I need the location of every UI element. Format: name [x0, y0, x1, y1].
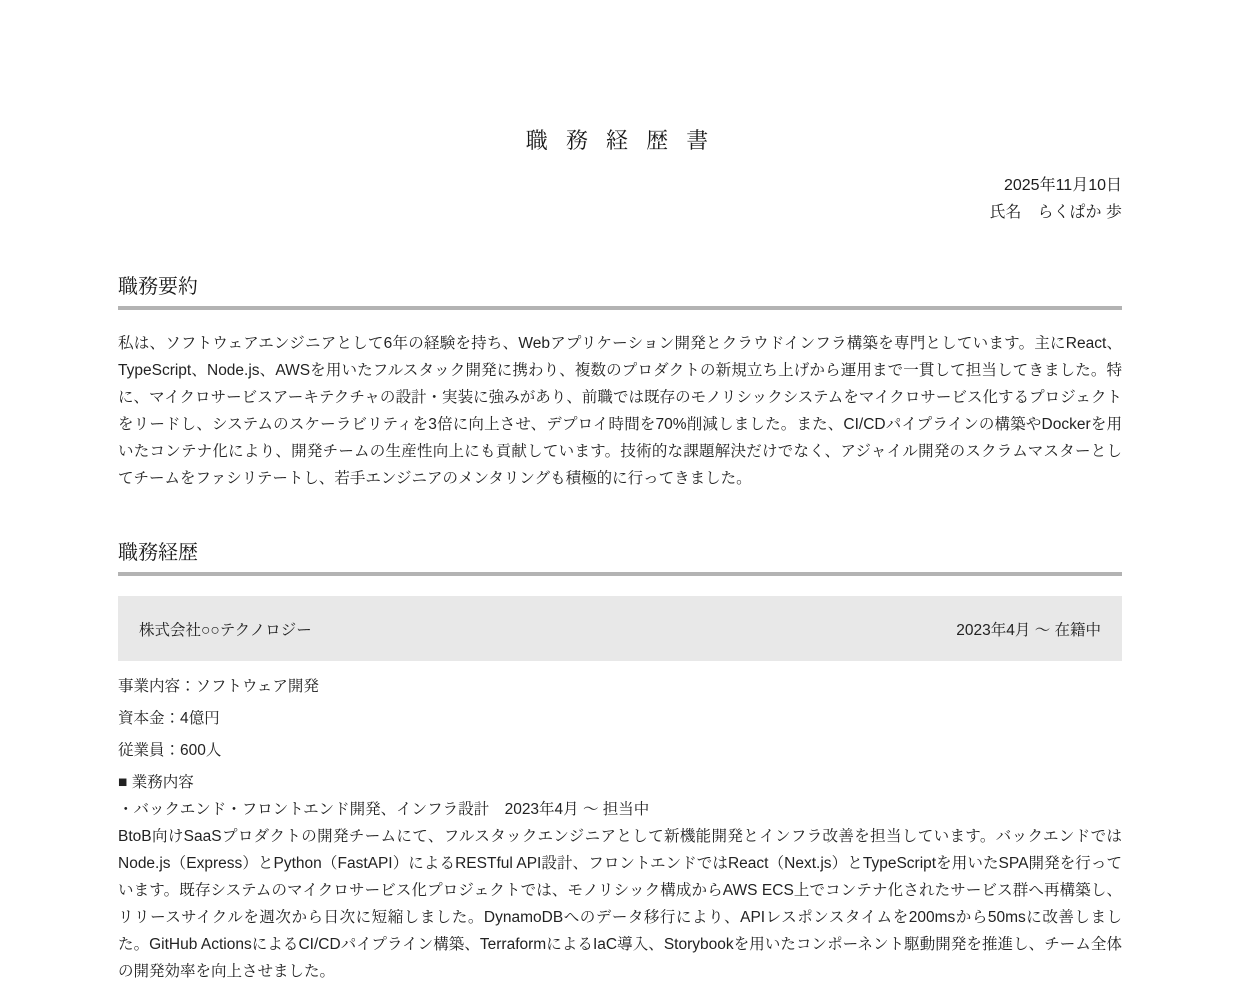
company-period: 2023年4月 〜 在籍中 [956, 618, 1101, 640]
company-business: 事業内容：ソフトウェア開発 [118, 673, 1122, 700]
company-header-row: 株式会社○○テクノロジー 2023年4月 〜 在籍中 [118, 596, 1122, 661]
company-fields: 事業内容：ソフトウェア開発 資本金：4億円 従業員：600人 [118, 673, 1122, 764]
duties-role-line: ・バックエンド・フロントエンド開発、インフラ設計 2023年4月 〜 担当中 [118, 796, 1122, 823]
company-employees: 従業員：600人 [118, 737, 1122, 764]
document-title: 職 務 経 歴 書 [118, 0, 1122, 155]
duties-description: BtoB向けSaaSプロダクトの開発チームにて、フルスタックエンジニアとして新機… [118, 823, 1122, 985]
summary-paragraph: 私は、ソフトウェアエンジニアとして6年の経験を持ち、Webアプリケーション開発と… [118, 330, 1122, 492]
document-content: 職 務 経 歴 書 2025年11月10日 氏名 らくぱか 歩 職務要約 私は、… [118, 0, 1122, 985]
resume-page: 職 務 経 歴 書 2025年11月10日 氏名 らくぱか 歩 職務要約 私は、… [0, 0, 1240, 1004]
company-name: 株式会社○○テクノロジー [139, 618, 312, 640]
applicant-name: 氏名 らくぱか 歩 [118, 199, 1122, 226]
document-date: 2025年11月10日 [118, 172, 1122, 199]
byline-block: 2025年11月10日 氏名 らくぱか 歩 [118, 172, 1122, 226]
section-heading-history: 職務経歴 [118, 536, 1122, 576]
duties-heading-label: 業務内容 [132, 774, 194, 791]
duties-heading-line: ■ 業務内容 [118, 769, 1122, 796]
square-bullet-icon: ■ [118, 774, 127, 791]
company-capital: 資本金：4億円 [118, 705, 1122, 732]
duties-block: ■ 業務内容 ・バックエンド・フロントエンド開発、インフラ設計 2023年4月 … [118, 769, 1122, 985]
section-heading-summary: 職務要約 [118, 270, 1122, 310]
